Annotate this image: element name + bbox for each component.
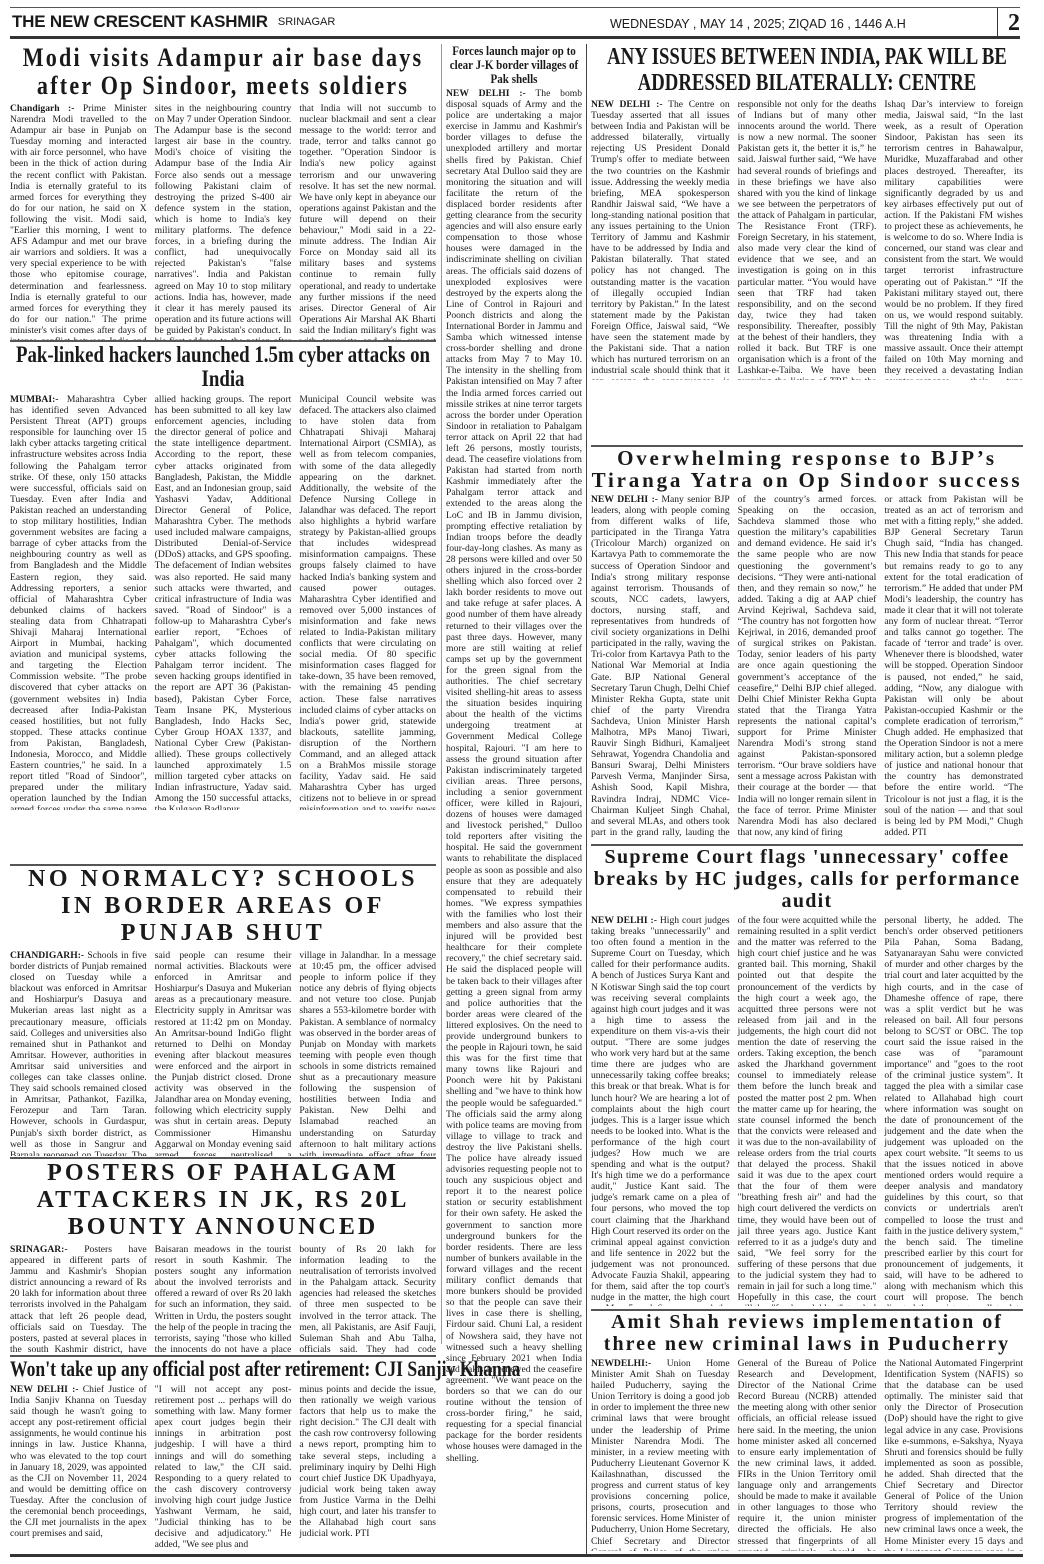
story-column: responsible not only for the deaths of I… bbox=[738, 99, 877, 380]
story-column: personal liberty, he added. The bench's … bbox=[884, 915, 1023, 1306]
story-column: that India will not succumb to nuclear b… bbox=[299, 103, 436, 340]
headline: Forces launch major op to clear J-K bord… bbox=[448, 44, 581, 86]
body-text: said people can resume their normal acti… bbox=[155, 950, 292, 1156]
body-text: responsible not only for the deaths of I… bbox=[738, 99, 877, 380]
body-text: Maharashtra Cyber has identified seven A… bbox=[10, 394, 147, 810]
body-text: personal liberty, he added. The bench's … bbox=[884, 915, 1023, 1306]
story-column: NEW DELHI :- The bomb disposal squads of… bbox=[446, 88, 582, 1464]
issue-date: WEDNESDAY , MAY 14 , 2025; ZIQAD 16 , 14… bbox=[610, 17, 906, 31]
story-column: of the four were acquitted while the rem… bbox=[738, 915, 877, 1306]
body-text: minus points and decide the issue, then … bbox=[299, 1384, 436, 1539]
body-text: Baisaran meadows in the tourist resort i… bbox=[155, 1244, 292, 1354]
story-column: minus points and decide the issue, then … bbox=[299, 1384, 436, 1550]
body-text: "I will not accept any post-retirement p… bbox=[155, 1384, 292, 1550]
headline: ANY ISSUES BETWEEN INDIA, PAK WILL BE AD… bbox=[596, 44, 1019, 96]
body-text: The bomb disposal squads of Army and the… bbox=[446, 88, 582, 1464]
body-text: Union Home Minister Amit Shah on Tuesday… bbox=[591, 1358, 730, 1551]
section-divider bbox=[10, 1157, 436, 1159]
story-modi-adampur: Modi visits Adampur air base days after … bbox=[10, 44, 436, 340]
newspaper-city: SRINAGAR bbox=[278, 16, 335, 28]
body-text: Posters have appeared in different parts… bbox=[10, 1244, 147, 1354]
story-column: NEW DELHI :- High court judges taking br… bbox=[591, 915, 730, 1306]
story-bilateral-centre: ANY ISSUES BETWEEN INDIA, PAK WILL BE AD… bbox=[591, 44, 1023, 380]
story-column: Ishaq Dar’s interview to foreign media, … bbox=[884, 99, 1023, 380]
dateline: NEW DELHI :- bbox=[10, 1384, 79, 1395]
dateline: MUMBAI:- bbox=[10, 394, 59, 405]
section-divider bbox=[10, 340, 436, 342]
dateline: SRINAGAR:- bbox=[10, 1244, 68, 1255]
body-text: General of the Bureau of Police Research… bbox=[738, 1358, 877, 1551]
body-text: High court judges taking breaks "unneces… bbox=[591, 915, 730, 1306]
body-text: sites in the neighbouring country on May… bbox=[155, 103, 292, 340]
story-column: NEW DELHI :- The Centre on Tuesday asser… bbox=[591, 99, 730, 380]
headline: Supreme Court flags 'unnecessary' coffee… bbox=[591, 846, 1023, 912]
dateline: NEW DELHI :- bbox=[591, 494, 658, 505]
story-column: of the country’s armed forces. Speaking … bbox=[738, 494, 877, 840]
story-tiranga-yatra: Overwhelming response to BJP’s Tiranga Y… bbox=[591, 447, 1023, 840]
story-column: allied hacking groups. The report has be… bbox=[155, 394, 292, 810]
masthead: THE NEW CRESCENT KASHMIR SRINAGAR WEDNES… bbox=[10, 7, 1020, 39]
story-column: the National Automated Fingerprint Ident… bbox=[884, 1358, 1023, 1551]
story-column: said people can resume their normal acti… bbox=[155, 950, 292, 1156]
body-text: Municipal Council website was defaced. T… bbox=[299, 394, 436, 810]
body-text: the National Automated Fingerprint Ident… bbox=[884, 1358, 1023, 1551]
dateline: NEW DELHI :- bbox=[591, 915, 657, 926]
body-text: village in Jalandhar. In a message at 10… bbox=[299, 950, 436, 1156]
body-text: Chief Justice of India Sanjiv Khanna on … bbox=[10, 1384, 147, 1539]
dateline: NEWDELHI:- bbox=[591, 1358, 651, 1369]
body-text: bounty of Rs 20 lakh for information lea… bbox=[299, 1244, 436, 1354]
story-column: CHANDIGARH:- Schools in five border dist… bbox=[10, 950, 147, 1156]
page-bottom-rule bbox=[10, 1554, 1023, 1557]
body-text: Prime Minister Narendra Modi travelled t… bbox=[10, 103, 147, 340]
dateline: CHANDIGARH:- bbox=[10, 950, 84, 961]
newspaper-title: THE NEW CRESCENT KASHMIR bbox=[12, 12, 268, 32]
story-column: MUMBAI:- Maharashtra Cyber has identifie… bbox=[10, 394, 147, 810]
story-amit-shah: Amit Shah reviews implementation of thre… bbox=[591, 1311, 1023, 1551]
story-column: NEW DELHI :- Chief Justice of India Sanj… bbox=[10, 1384, 147, 1550]
story-column: SRINAGAR:- Posters have appeared in diff… bbox=[10, 1244, 147, 1354]
headline: Amit Shah reviews implementation of thre… bbox=[591, 1311, 1023, 1355]
story-column: NEW DELHI :- Many senior BJP leaders, al… bbox=[591, 494, 730, 840]
story-column: NEWDELHI:- Union Home Minister Amit Shah… bbox=[591, 1358, 730, 1551]
body-text: Many senior BJP leaders, along with peop… bbox=[591, 494, 730, 840]
page-number: 2 bbox=[997, 8, 1020, 38]
body-text: allied hacking groups. The report has be… bbox=[155, 394, 292, 810]
body-text: of the four were acquitted while the rem… bbox=[738, 915, 877, 1306]
headline: Pak-linked hackers launched 1.5m cyber a… bbox=[11, 343, 434, 391]
story-column: Baisaran meadows in the tourist resort i… bbox=[155, 1244, 292, 1354]
dateline: NEW DELHI :- bbox=[591, 99, 663, 110]
story-column: village in Jalandhar. In a message at 10… bbox=[299, 950, 436, 1156]
story-column: sites in the neighbouring country on May… bbox=[155, 103, 292, 340]
headline: NO NORMALCY? SCHOOLS IN BORDER AREAS OF … bbox=[10, 866, 436, 947]
headline: Won't take up any official post after re… bbox=[10, 1357, 469, 1381]
column-divider bbox=[441, 44, 442, 1344]
story-pahalgam-posters: POSTERS OF PAHALGAM ATTACKERS IN JK, RS … bbox=[10, 1160, 436, 1354]
story-column: Municipal Council website was defaced. T… bbox=[299, 394, 436, 810]
story-column: bounty of Rs 20 lakh for information lea… bbox=[299, 1244, 436, 1354]
story-forces-clear-jk: Forces launch major op to clear J-K bord… bbox=[446, 44, 582, 1554]
story-cyber-attacks: Pak-linked hackers launched 1.5m cyber a… bbox=[10, 343, 436, 810]
story-column: or attack from Pakistan will be treated … bbox=[884, 494, 1023, 840]
body-text: or attack from Pakistan will be treated … bbox=[884, 494, 1023, 838]
story-column: Chandigarh :- Prime Minister Narendra Mo… bbox=[10, 103, 147, 340]
story-column: "I will not accept any post-retirement p… bbox=[155, 1384, 292, 1550]
dateline: Chandigarh :- bbox=[10, 103, 74, 114]
body-text: Schools in five border districts of Punj… bbox=[10, 950, 147, 1156]
story-punjab-schools: NO NORMALCY? SCHOOLS IN BORDER AREAS OF … bbox=[10, 866, 436, 1156]
headline: POSTERS OF PAHALGAM ATTACKERS IN JK, RS … bbox=[10, 1160, 436, 1241]
column-divider bbox=[586, 44, 587, 1554]
body-text: The Centre on Tuesday asserted that all … bbox=[591, 99, 730, 380]
headline: Overwhelming response to BJP’s Tiranga Y… bbox=[591, 447, 1023, 491]
story-sc-coffee-breaks: Supreme Court flags 'unnecessary' coffee… bbox=[591, 846, 1023, 1306]
story-column: General of the Bureau of Police Research… bbox=[738, 1358, 877, 1551]
body-text: of the country’s armed forces. Speaking … bbox=[738, 494, 877, 838]
headline: Modi visits Adampur air base days after … bbox=[16, 44, 429, 100]
body-text: Ishaq Dar’s interview to foreign media, … bbox=[884, 99, 1023, 380]
dateline: NEW DELHI :- bbox=[446, 88, 526, 99]
body-text: that India will not succumb to nuclear b… bbox=[299, 103, 436, 340]
